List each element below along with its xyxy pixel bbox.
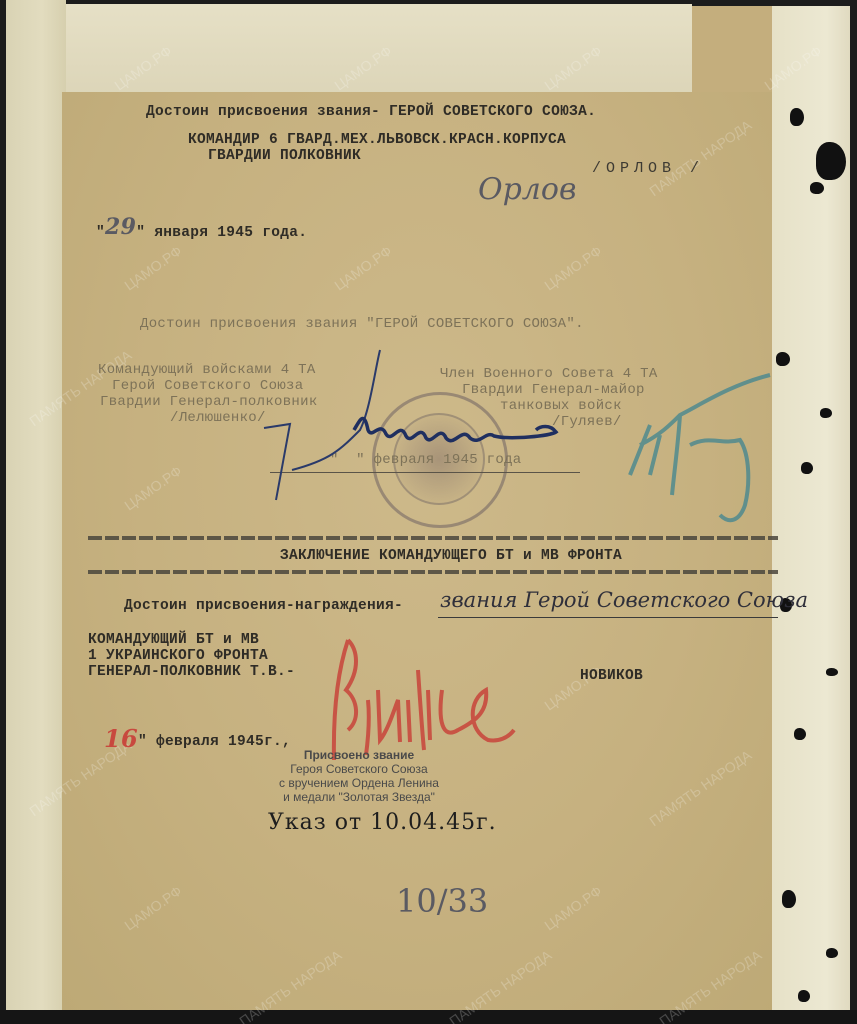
binding-hole [782, 890, 796, 908]
front-conclusion-line-typed: Достоин присвоения-награждения- [124, 598, 403, 614]
award-stamp-line: Героя Советского Союза [264, 762, 454, 776]
archive-number: 10/33 [396, 882, 488, 920]
decree-note: Указ от 10.04.45г. [268, 810, 497, 835]
binding-hole [801, 462, 813, 474]
top-right-card-edge [692, 6, 772, 106]
front-conclusion-heading: ЗАКЛЮЧЕНИЕ КОМАНДУЮЩЕГО БТ и МВ ФРОНТА [280, 548, 622, 564]
military-council-signature [620, 365, 780, 535]
binding-hole [798, 990, 810, 1002]
award-stamp: Присвоено звание Героя Советского Союза … [264, 748, 454, 804]
front-commander-name: НОВИКОВ [580, 668, 643, 684]
binding-hole [816, 142, 846, 180]
binding-hole [794, 728, 806, 740]
left-paper-strip [6, 0, 66, 1024]
front-commander-line: 1 УКРАИНСКОГО ФРОНТА [88, 648, 268, 664]
corps-commander-rank: ГВАРДИИ ПОЛКОВНИК [208, 148, 361, 164]
binding-hole [820, 408, 832, 418]
front-commander-line: ГЕНЕРАЛ-ПОЛКОВНИК Т.В.- [88, 664, 295, 680]
scan-edge-shadow [0, 1010, 857, 1024]
binding-hole [776, 352, 790, 366]
binding-hole [826, 668, 838, 676]
corps-commander-signature: Орлов [478, 172, 576, 207]
corps-date-rest: января 1945 года. [154, 225, 307, 241]
handwritten-underline [438, 617, 778, 618]
date-quote-close: " [136, 225, 154, 241]
front-conclusion-line-handwritten: звания Герой Советского Союза [440, 588, 808, 612]
corps-commander-name: /ОРЛОВ / [592, 160, 704, 177]
date-quote-open: " [96, 225, 105, 241]
front-commander-line: КОМАНДУЮЩИЙ БТ и МВ [88, 632, 259, 648]
award-stamp-line: и медали "Золотая Звезда" [264, 790, 454, 804]
award-stamp-line: с вручением Ордена Ленина [264, 776, 454, 790]
army-conclusion-line: Достоин присвоения звания "ГЕРОЙ СОВЕТСК… [140, 316, 584, 332]
corps-date: "29" января 1945 года. [78, 200, 307, 242]
front-date: 16" февраля 1945г., [86, 706, 291, 751]
award-stamp-line: Присвоено звание [264, 748, 454, 762]
army-commander-signature [250, 350, 570, 500]
section-divider-bottom [88, 570, 778, 574]
corps-date-day: 29 [105, 214, 136, 240]
binding-hole [790, 108, 804, 126]
binding-hole [826, 948, 838, 958]
section-divider-top [88, 536, 778, 540]
front-date-day: 16 [104, 724, 138, 753]
binding-hole [810, 182, 824, 194]
corps-conclusion-line: Достоин присвоения звания- ГЕРОЙ СОВЕТСК… [146, 104, 596, 120]
corps-commander-title: КОМАНДИР 6 ГВАРД.МЕХ.ЛЬВОВСК.КРАСН.КОРПУ… [188, 132, 566, 148]
